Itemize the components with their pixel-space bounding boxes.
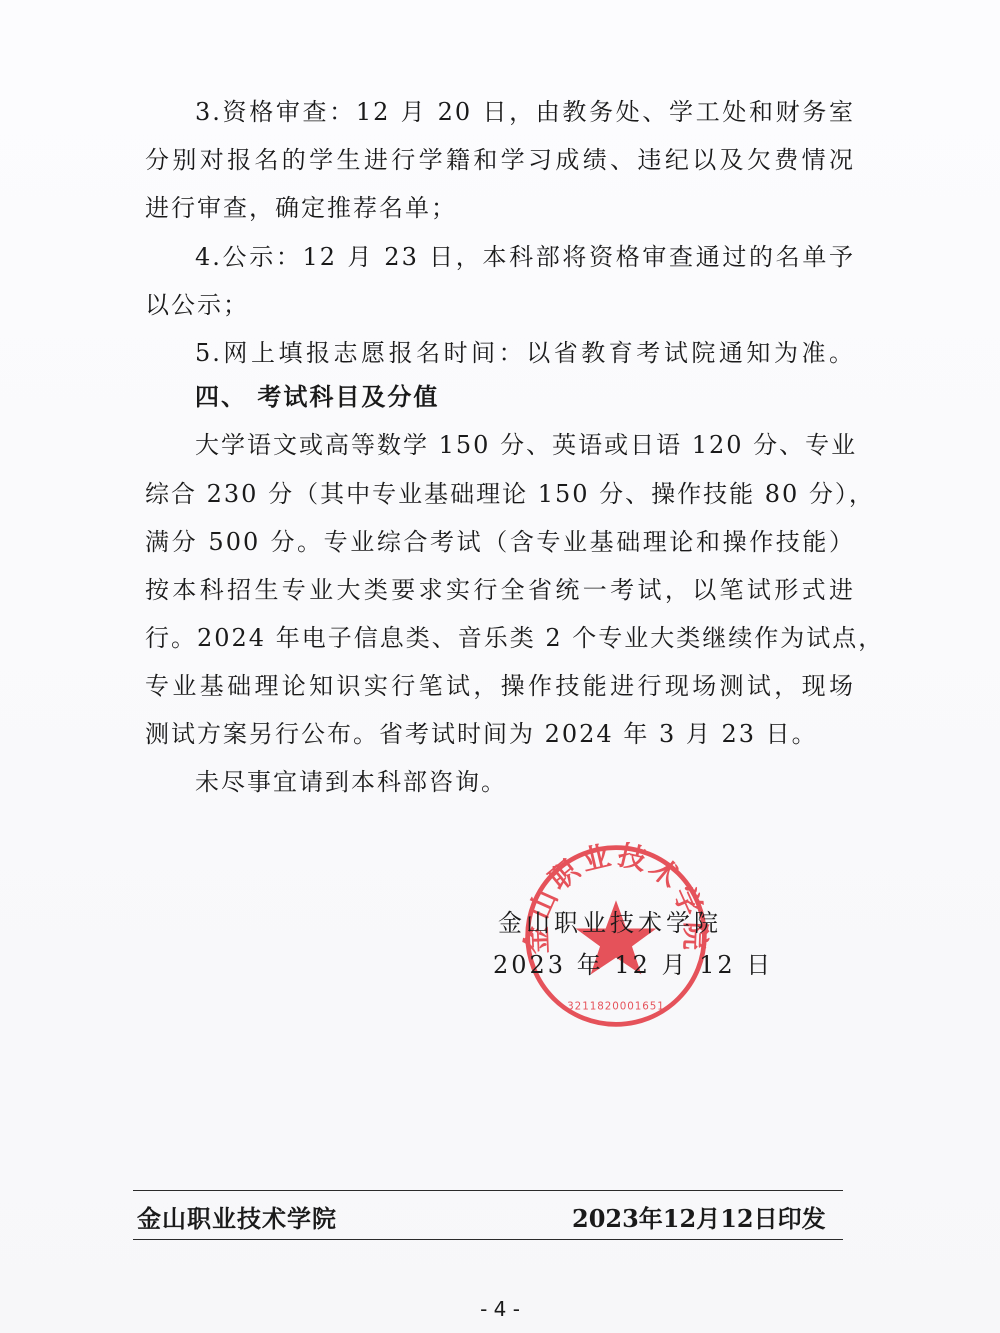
paragraph-item-4-line-2: 以公示；	[145, 290, 855, 320]
document-page: 3.资格审查：12 月 20 日，由教务处、学工处和财务室 分别对报名的学生进行…	[0, 0, 1000, 1333]
section-4-line-2: 综合 230 分（其中专业基础理论 150 分、操作技能 80 分），	[145, 479, 855, 509]
signature-date: 2023 年 12 月 12 日	[493, 945, 773, 980]
paragraph-item-5: 5.网上填报志愿报名时间：以省教育考试院通知为准。	[195, 338, 855, 368]
seal-code: 3211820001651	[567, 1000, 665, 1012]
section-4-line-1: 大学语文或高等数学 150 分、英语或日语 120 分、专业	[195, 430, 855, 460]
paragraph-item-3-line-2: 分别对报名的学生进行学籍和学习成绩、违纪以及欠费情况	[145, 145, 855, 175]
footer-bottom-rule	[133, 1239, 843, 1240]
footer-top-rule	[133, 1190, 843, 1191]
closing-note: 未尽事宜请到本科部咨询。	[195, 767, 855, 797]
page-number: - 4 -	[0, 1297, 1000, 1321]
section-4-line-3: 满分 500 分。专业综合考试（含专业基础理论和操作技能）	[145, 527, 855, 557]
paragraph-item-4-line-1: 4.公示：12 月 23 日，本科部将资格审查通过的名单予	[195, 242, 855, 272]
section-4-line-5: 行。2024 年电子信息类、音乐类 2 个专业大类继续作为试点，	[145, 623, 855, 653]
signature-organization: 金山职业技术学院	[498, 903, 722, 938]
section-heading-exam-subjects: 四、 考试科目及分值	[195, 382, 855, 412]
section-4-line-4: 按本科招生专业大类要求实行全省统一考试，以笔试形式进	[145, 575, 855, 605]
section-4-line-7: 测试方案另行公布。省考试时间为 2024 年 3 月 23 日。	[145, 719, 855, 749]
paragraph-item-3-line-1: 3.资格审查：12 月 20 日，由教务处、学工处和财务室	[195, 97, 855, 127]
paragraph-item-3-line-3: 进行审查，确定推荐名单；	[145, 193, 855, 223]
footer-issue-date: 2023年12月12日印发	[572, 1199, 826, 1234]
footer-issuer: 金山职业技术学院	[137, 1199, 337, 1234]
section-4-line-6: 专业基础理论知识实行笔试，操作技能进行现场测试，现场	[145, 671, 855, 701]
